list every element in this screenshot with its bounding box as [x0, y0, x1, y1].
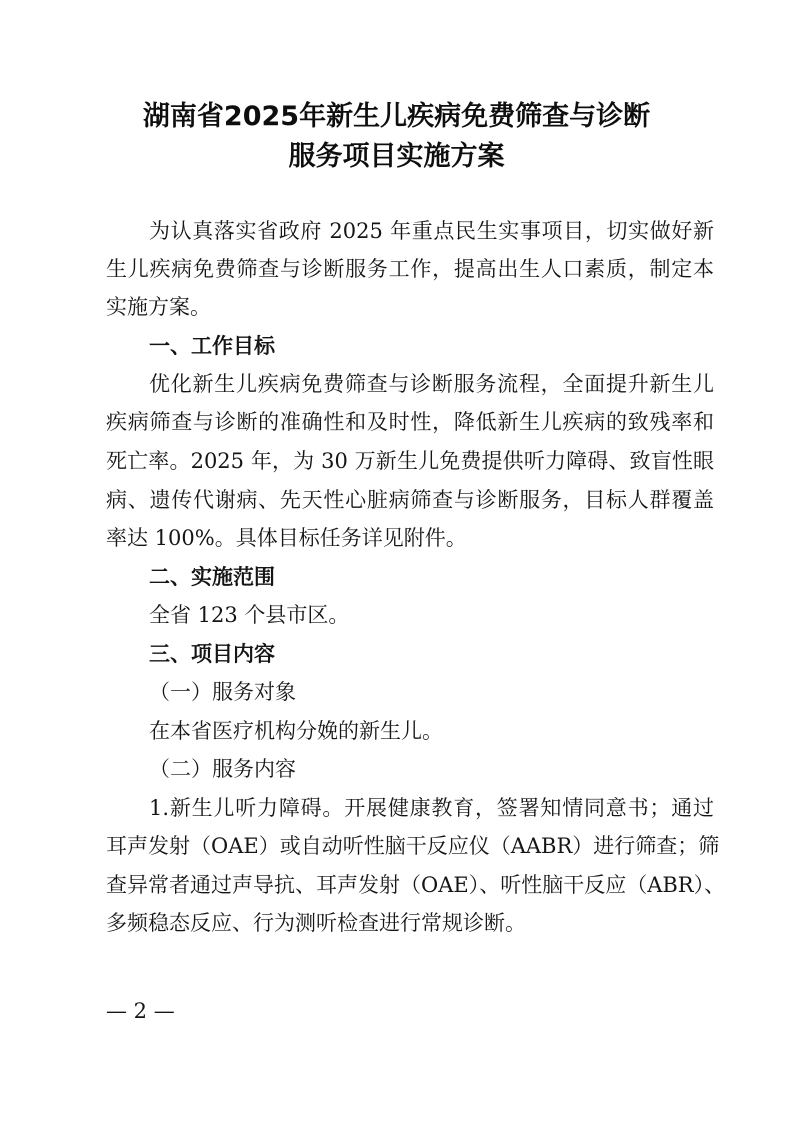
intro-paragraph-line: 实施方案。 [106, 292, 714, 322]
intro-paragraph-line: 为认真落实省政府 2025 年重点民生实事项目，切实做好新 [149, 216, 714, 246]
section1-paragraph-line: 疾病筛查与诊断的准确性和及时性，降低新生儿疾病的致残率和 [106, 407, 714, 437]
document-title-line-1: 湖南省2025年新生儿疾病免费筛查与诊断 [0, 97, 793, 137]
section-heading-scope: 二、实施范围 [149, 562, 714, 592]
page-number: — 2 — [106, 996, 175, 1026]
section1-paragraph-line: 病、遗传代谢病、先天性心脏病筛查与诊断服务，目标人群覆盖 [106, 485, 714, 515]
subsection2-paragraph-line: 耳声发射（OAE）或自动听性脑干反应仪（AABR）进行筛查；筛 [106, 831, 714, 861]
subsection1-paragraph-line: 在本省医疗机构分娩的新生儿。 [149, 716, 714, 746]
section2-paragraph-line: 全省 123 个县市区。 [149, 600, 714, 630]
subsection-heading-service-content: （二）服务内容 [149, 754, 714, 784]
section1-paragraph-line: 优化新生儿疾病免费筛查与诊断服务流程，全面提升新生儿 [149, 369, 714, 399]
subsection2-paragraph-line: 1.新生儿听力障碍。开展健康教育，签署知情同意书；通过 [149, 793, 714, 823]
section1-paragraph-line: 率达 100%。具体目标任务详见附件。 [106, 523, 714, 553]
intro-paragraph-line: 生儿疾病免费筛查与诊断服务工作，提高出生人口素质，制定本 [106, 254, 714, 284]
section-heading-project-content: 三、项目内容 [149, 639, 714, 669]
section1-paragraph-line: 死亡率。2025 年，为 30 万新生儿免费提供听力障碍、致盲性眼 [106, 446, 714, 476]
section-heading-work-goals: 一、工作目标 [149, 331, 714, 361]
document-page: 湖南省2025年新生儿疾病免费筛查与诊断 服务项目实施方案 为认真落实省政府 2… [0, 0, 793, 1122]
document-title-line-2: 服务项目实施方案 [0, 137, 793, 177]
subsection2-paragraph-line: 多频稳态反应、行为测听检查进行常规诊断。 [106, 908, 714, 938]
subsection2-paragraph-line: 查异常者通过声导抗、耳声发射（OAE）、听性脑干反应（ABR）、 [106, 870, 714, 900]
subsection-heading-service-target: （一）服务对象 [149, 677, 714, 707]
